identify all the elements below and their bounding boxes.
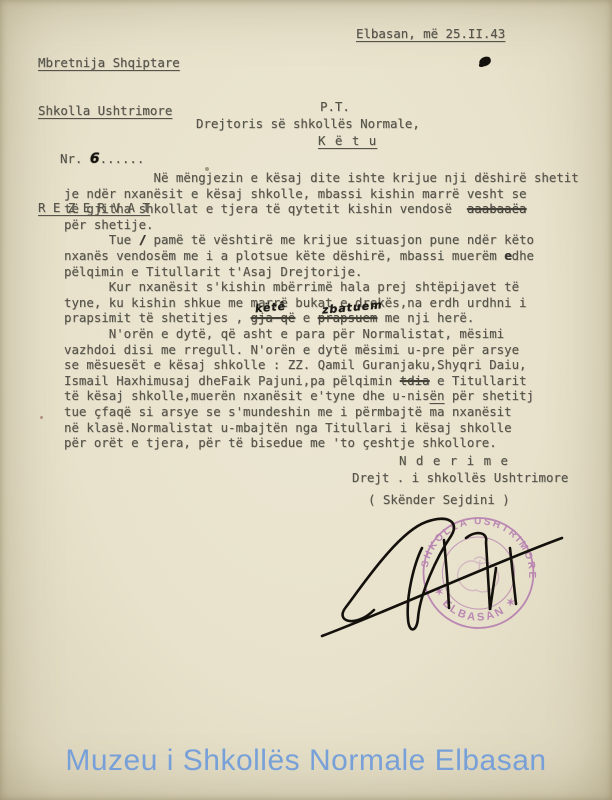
body-line: Ismail Haxhimusaj dheFaik Pajuni,pa pëlq… — [64, 373, 594, 389]
body-line: për orët e tjera, për të bisedue me 'to … — [64, 435, 594, 451]
number-dots: ...... — [100, 151, 145, 166]
body-line: tue çfaqë si arsye se s'mundeshin me i p… — [64, 404, 594, 420]
overtyped-text: e — [504, 248, 511, 263]
body-line: Tue / pamë të vështirë me krijue situasj… — [64, 232, 594, 248]
dateline: Elbasan, më 25.II.43 — [356, 26, 505, 42]
overtyped-text: / — [139, 232, 146, 247]
document-number: Nr. 6...... — [60, 151, 180, 168]
struck-text: gja qëkëtê — [251, 310, 296, 325]
handwritten-correction: këtê — [254, 299, 286, 317]
closing-regards: N d e r i m e — [399, 453, 509, 469]
body-line: vazhdoi disi me rregull. N'orën e dytë m… — [64, 342, 594, 358]
body-line: për shetije. — [64, 217, 594, 233]
recipient-line: Drejtoris së shkollës Normale, — [196, 116, 420, 132]
body-line: se mësuesët e kësaj shkolle : ZZ. Qamil … — [64, 357, 594, 373]
struck-text: tdia — [400, 373, 430, 388]
body-line: prapsimit të shetitjes , gja qëkëtê e pr… — [64, 310, 594, 326]
body-line: nxanës vendosëm me i a plotsue këte dësh… — [64, 248, 594, 264]
document-body: Në mëngjezin e kësaj dite ishte krijue n… — [64, 170, 594, 451]
signer-title: Drejt . i shkollës Ushtrimore — [352, 470, 568, 486]
body-line: N'orën e dytë, që asht e para për Normal… — [64, 326, 594, 342]
body-line: je ndër nxanësit e kësaj shkolle, mbassi… — [64, 186, 594, 202]
org-name-line2: Shkolla Ushtrimore — [38, 103, 180, 119]
handwritten-signature — [316, 510, 572, 649]
body-line: pëlqimin e Titullarit t'Asaj Drejtorije. — [64, 264, 594, 280]
handwritten-number: 6 — [90, 151, 100, 167]
body-line: Kur nxanësit s'kishin mbërrimë hala prej… — [64, 279, 594, 295]
body-line: në klasë.Normalistat u-mbajtën nga Titul… — [64, 420, 594, 436]
struck-text: aaabaaëa — [467, 201, 527, 216]
org-name-line1: Mbretnija Shqiptare — [38, 55, 180, 71]
body-line: të kësaj shkolle,muerën nxanësit e'tyne … — [64, 388, 594, 404]
ink-blot — [478, 56, 492, 68]
struck-text: prapsuemzbatuem — [318, 310, 378, 325]
handwritten-correction: zbatuem — [321, 298, 383, 319]
paper-speck — [40, 416, 43, 419]
letter-page: Mbretnija Shqiptare Shkolla Ushtrimore N… — [0, 0, 612, 800]
place-line: K ë t u — [318, 133, 377, 149]
body-line: të gjitha shkollat e tjera të qytetit ki… — [64, 201, 594, 217]
body-line: Në mëngjezin e kësaj dite ishte krijue n… — [64, 170, 594, 186]
salutation: P.T. — [320, 99, 350, 115]
paper-speck — [205, 167, 209, 171]
number-label: Nr. — [60, 151, 90, 166]
museum-watermark: Muzeu i Shkollës Normale Elbasan — [0, 744, 612, 778]
